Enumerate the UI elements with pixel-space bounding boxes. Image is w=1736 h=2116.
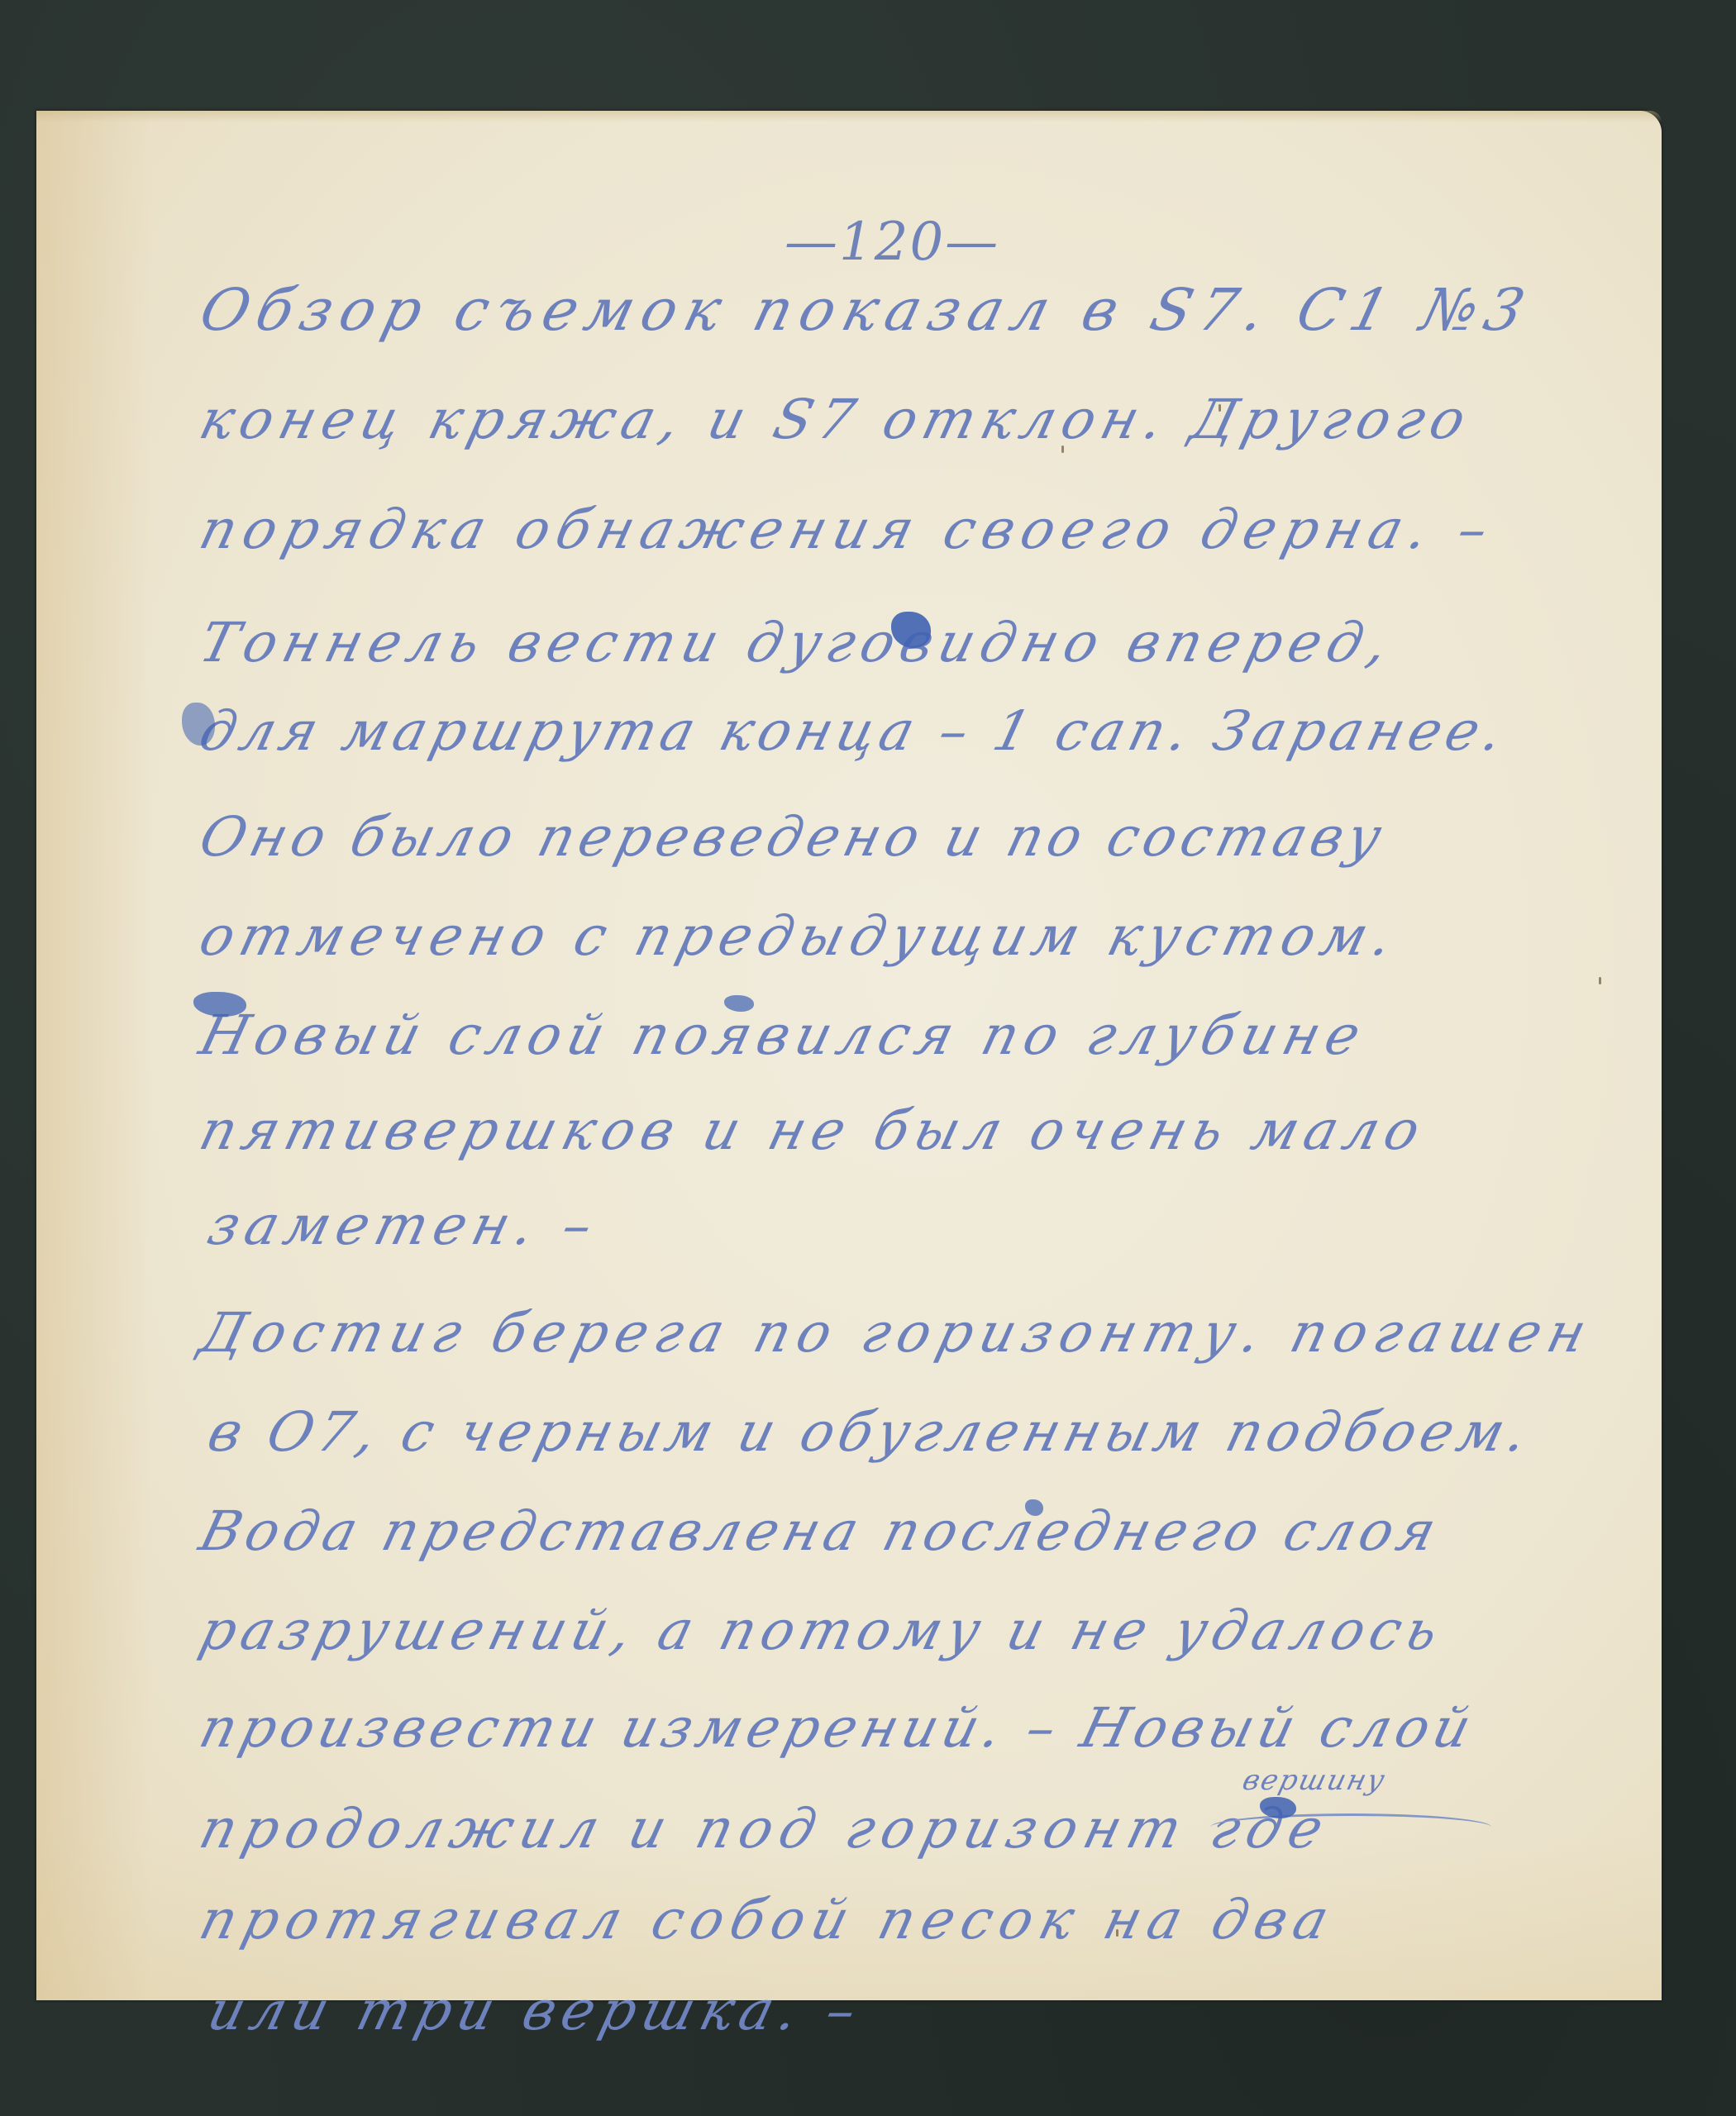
- text-line: конец кряжа, и S7 отклон. Другого: [193, 388, 1479, 451]
- page-number: —120—: [785, 212, 999, 273]
- text-line: Новый слой появился по глубине: [193, 1003, 1373, 1067]
- text-line: в О7, с черным и обугленным подбоем.: [202, 1400, 1538, 1464]
- text-line: заметен. –: [202, 1194, 605, 1257]
- text-line: или три вершка. –: [202, 1979, 870, 2042]
- text-line: Тоннель вести дуговидно вперед,: [193, 611, 1401, 674]
- ink-strikeout: [1025, 1499, 1043, 1516]
- text-line: отмечено с предыдущим кустом.: [193, 904, 1405, 968]
- text-line: продолжил и под горизонт где: [193, 1797, 1337, 1861]
- paper-speck: [1599, 977, 1601, 984]
- ink-strikeout: [193, 992, 246, 1017]
- interlinear-insertion: вершину: [1239, 1764, 1390, 1797]
- text-line: порядка обнажения своего дерна. –: [193, 498, 1502, 561]
- text-line: разрушений, а потому и не удалось: [193, 1599, 1450, 1662]
- manuscript-page: —120— Обзор съемок показал в S7. C1 №3 к…: [36, 111, 1662, 2000]
- text-line: Достиг берега по горизонту. погашен: [193, 1301, 1600, 1365]
- text-line: пятивершков и не был очень мало: [193, 1099, 1433, 1162]
- text-line: для маршрута конца – 1 сап. Заранее.: [193, 699, 1514, 763]
- text-line: Обзор съемок показал в S7. C1 №3: [193, 276, 1539, 344]
- text-line: Вода представлена последнего слоя: [193, 1499, 1447, 1563]
- text-line: протягивал собой песок на два: [193, 1888, 1343, 1952]
- ink-overwrite-mark: [182, 703, 215, 746]
- text-line: произвести измерений. – Новый слой: [193, 1696, 1482, 1760]
- text-line: Оно было переведено и по составу: [193, 805, 1393, 869]
- insertion-caret-line: [1210, 1813, 1491, 1841]
